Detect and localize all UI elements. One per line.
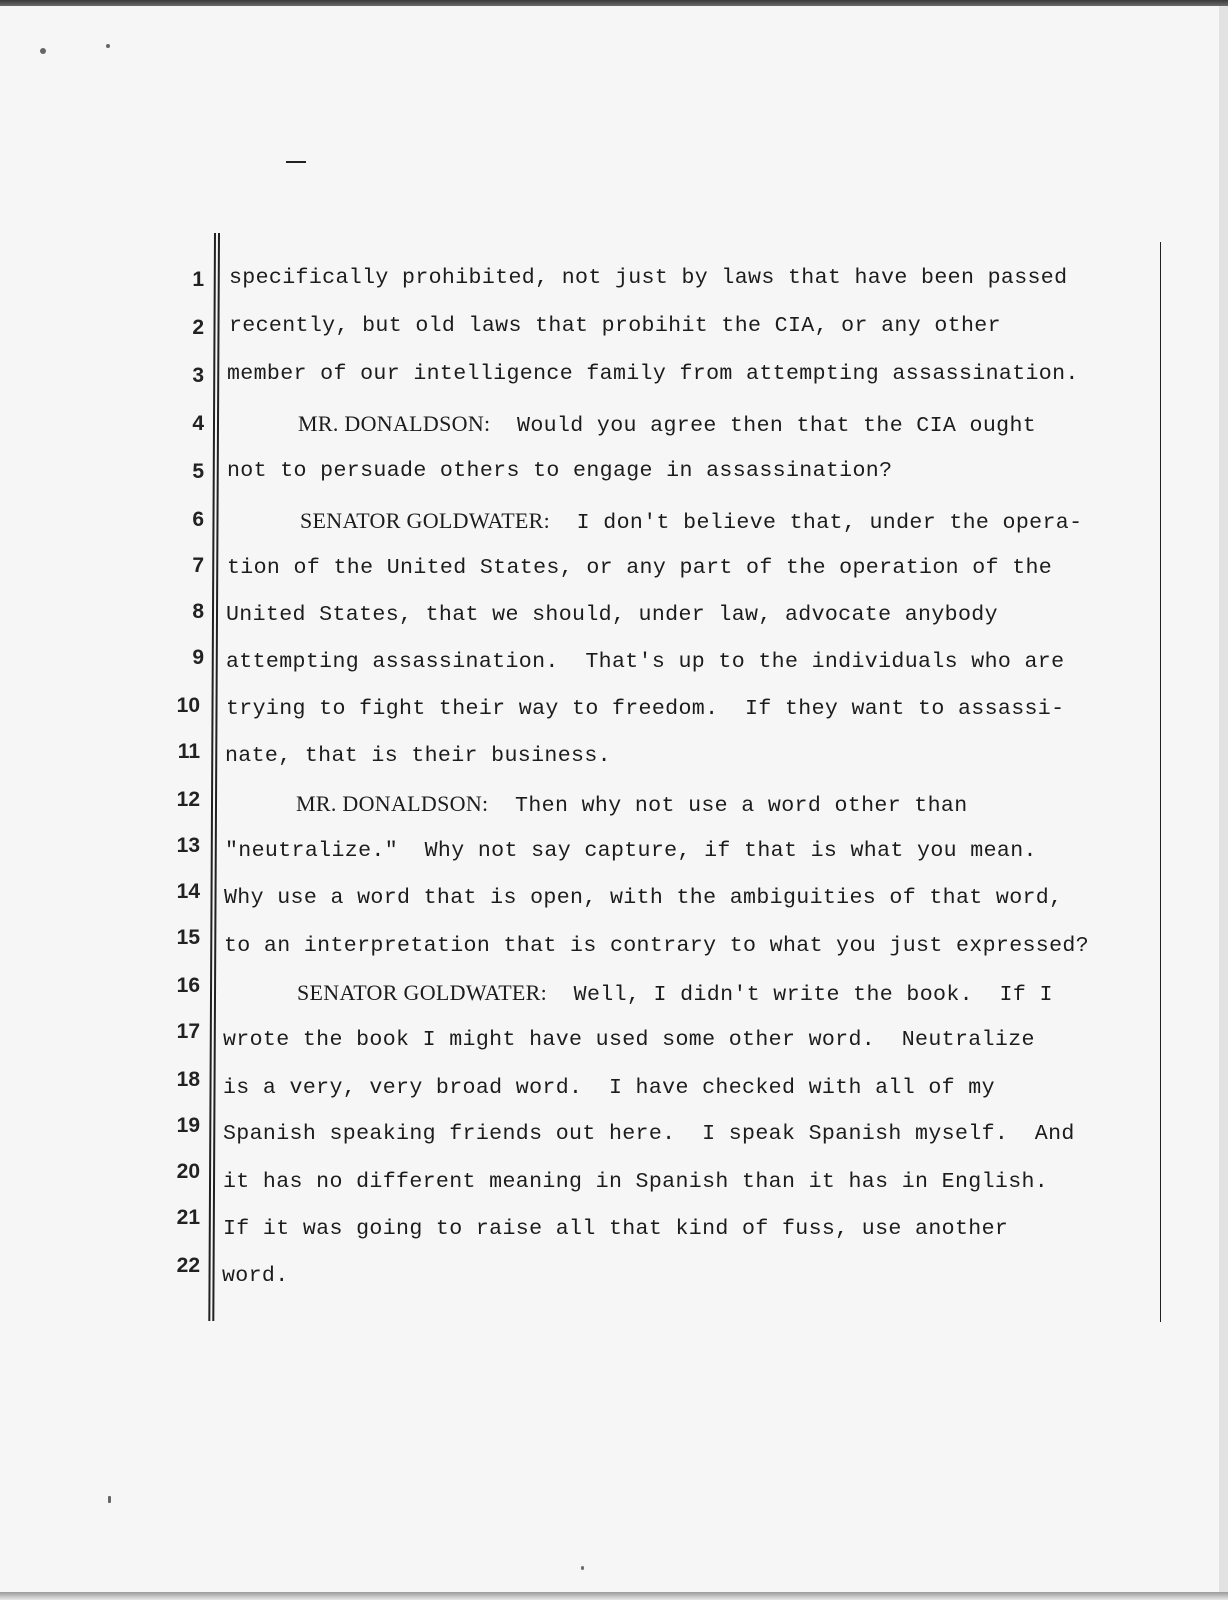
line-number: 18 [160, 1068, 200, 1092]
right-margin-rule [1160, 242, 1161, 1322]
transcript-line: Spanish speaking friends out here. I spe… [223, 1122, 1075, 1146]
transcript-line: recently, but old laws that probihit the… [229, 314, 1001, 338]
transcript-line: MR. DONALDSON: Then why not use a word o… [296, 791, 968, 818]
transcript-page: 1 2 3 4 5 6 7 8 9 10 11 12 13 14 15 16 1… [0, 0, 1228, 1600]
speaker-label: SENATOR GOLDWATER: [297, 980, 547, 1005]
line-number: 15 [160, 926, 200, 950]
line-text: word. [222, 1264, 289, 1288]
line-number: 1 [164, 268, 204, 292]
transcript-line: it has no different meaning in Spanish t… [223, 1170, 1048, 1194]
transcript-line: attempting assassination. That's up to t… [226, 650, 1064, 674]
line-text: Well, I didn't write the book. If I [547, 983, 1053, 1007]
transcript-line: nate, that is their business. [225, 744, 611, 768]
stray-mark [286, 161, 306, 163]
line-number: 19 [160, 1114, 200, 1138]
line-text: member of our intelligence family from a… [227, 362, 1079, 386]
scan-speck [40, 48, 46, 54]
line-text: Spanish speaking friends out here. I spe… [223, 1122, 1075, 1146]
line-number: 14 [160, 880, 200, 904]
transcript-line: member of our intelligence family from a… [227, 362, 1079, 386]
transcript-line: specifically prohibited, not just by law… [229, 266, 1067, 290]
transcript-line: not to persuade others to engage in assa… [227, 459, 892, 483]
line-text: it has no different meaning in Spanish t… [223, 1170, 1048, 1194]
scan-speck [581, 1566, 584, 1570]
transcript-line: is a very, very broad word. I have check… [223, 1076, 995, 1100]
scan-bottom-edge [0, 1592, 1228, 1600]
line-text: I don't believe that, under the opera- [550, 511, 1082, 535]
line-text: Then why not use a word other than [488, 794, 967, 818]
line-number: 22 [160, 1254, 200, 1278]
line-text: specifically prohibited, not just by law… [229, 266, 1067, 290]
line-text: to an interpretation that is contrary to… [224, 934, 1089, 958]
transcript-line: United States, that we should, under law… [226, 603, 998, 627]
line-text: is a very, very broad word. I have check… [223, 1076, 995, 1100]
transcript-line: SENATOR GOLDWATER: I don't believe that,… [300, 508, 1082, 535]
transcript-line: word. [222, 1264, 289, 1288]
scan-right-edge [1219, 6, 1228, 1596]
line-number: 2 [164, 316, 204, 340]
line-number: 13 [160, 834, 200, 858]
line-number: 12 [160, 788, 200, 812]
transcript-line: to an interpretation that is contrary to… [224, 934, 1089, 958]
transcript-line: SENATOR GOLDWATER: Well, I didn't write … [297, 980, 1053, 1007]
line-text: trying to fight their way to freedom. If… [226, 697, 1064, 721]
transcript-line: MR. DONALDSON: Would you agree then that… [298, 411, 1036, 438]
scan-speck [106, 44, 110, 48]
transcript-line: wrote the book I might have used some ot… [223, 1028, 1035, 1052]
line-number: 16 [160, 974, 200, 998]
line-text: Why use a word that is open, with the am… [224, 886, 1062, 910]
line-number: 7 [164, 554, 204, 578]
line-number: 4 [164, 412, 204, 436]
line-number: 17 [160, 1020, 200, 1044]
line-text: If it was going to raise all that kind o… [223, 1217, 1008, 1241]
scan-speck [108, 1496, 111, 1503]
speaker-label: SENATOR GOLDWATER: [300, 508, 550, 533]
line-text: tion of the United States, or any part o… [227, 556, 1052, 580]
transcript-line: tion of the United States, or any part o… [227, 556, 1052, 580]
line-number: 6 [164, 508, 204, 532]
transcript-line: Why use a word that is open, with the am… [224, 886, 1062, 910]
transcript-line: If it was going to raise all that kind o… [223, 1217, 1008, 1241]
line-text: Would you agree then that the CIA ought [490, 414, 1036, 438]
line-text: recently, but old laws that probihit the… [229, 314, 1001, 338]
transcript-line: trying to fight their way to freedom. If… [226, 697, 1064, 721]
transcript-line: "neutralize." Why not say capture, if th… [225, 839, 1037, 863]
line-number: 21 [160, 1206, 200, 1230]
line-number: 8 [164, 600, 204, 624]
line-number: 9 [164, 646, 204, 670]
scan-top-edge [0, 0, 1228, 6]
line-number: 11 [160, 740, 200, 764]
line-text: "neutralize." Why not say capture, if th… [225, 839, 1037, 863]
line-number: 10 [160, 694, 200, 718]
line-text: United States, that we should, under law… [226, 603, 998, 627]
line-number: 5 [164, 460, 204, 484]
line-text: attempting assassination. That's up to t… [226, 650, 1064, 674]
speaker-label: MR. DONALDSON: [298, 411, 490, 436]
line-number: 3 [164, 364, 204, 388]
line-text: wrote the book I might have used some ot… [223, 1028, 1035, 1052]
line-text: nate, that is their business. [225, 744, 611, 768]
speaker-label: MR. DONALDSON: [296, 791, 488, 816]
line-number: 20 [160, 1160, 200, 1184]
line-text: not to persuade others to engage in assa… [227, 459, 892, 483]
